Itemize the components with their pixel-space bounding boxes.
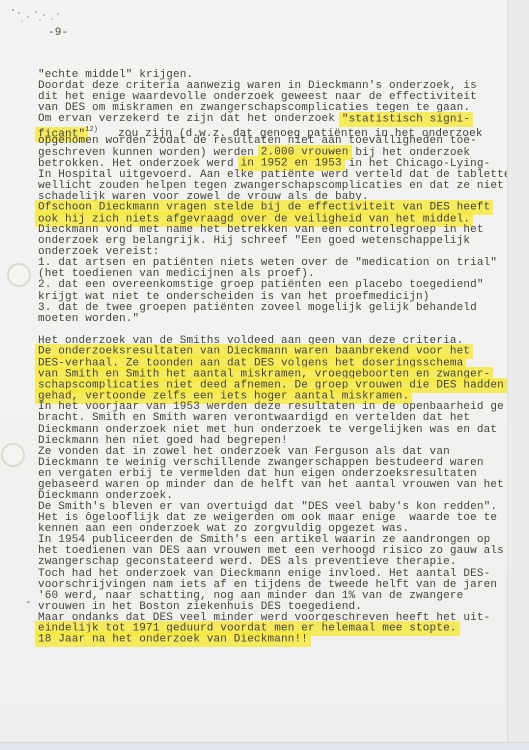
pencil-marks <box>12 9 14 11</box>
hole-punch-top <box>7 263 31 287</box>
paper-edge-right <box>507 0 529 750</box>
footnote-reference: 12) <box>85 126 98 134</box>
text-segment: Om ervan verzekerd te zijn dat het onder… <box>38 113 342 125</box>
scanned-document-page: -9- - "echte middel" krijgen.Doordat dez… <box>0 0 529 750</box>
text-line: moeten worden." <box>38 314 513 325</box>
page-number: -9- <box>48 27 68 39</box>
text-segment: moeten worden." <box>38 313 139 325</box>
margin-dash: - <box>25 597 32 609</box>
paper-edge-bottom <box>0 742 529 750</box>
hole-punch-bottom <box>1 443 25 467</box>
highlighted-text: 18 Jaar na het onderzoek van Dieckmann!! <box>35 632 311 647</box>
text-line: 18 Jaar na het onderzoek van Dieckmann!! <box>38 635 513 646</box>
text-lines: "echte middel" krijgen.Doordat deze crit… <box>38 70 513 646</box>
text-line: Om ervan verzekerd te zijn dat het onder… <box>38 114 513 125</box>
